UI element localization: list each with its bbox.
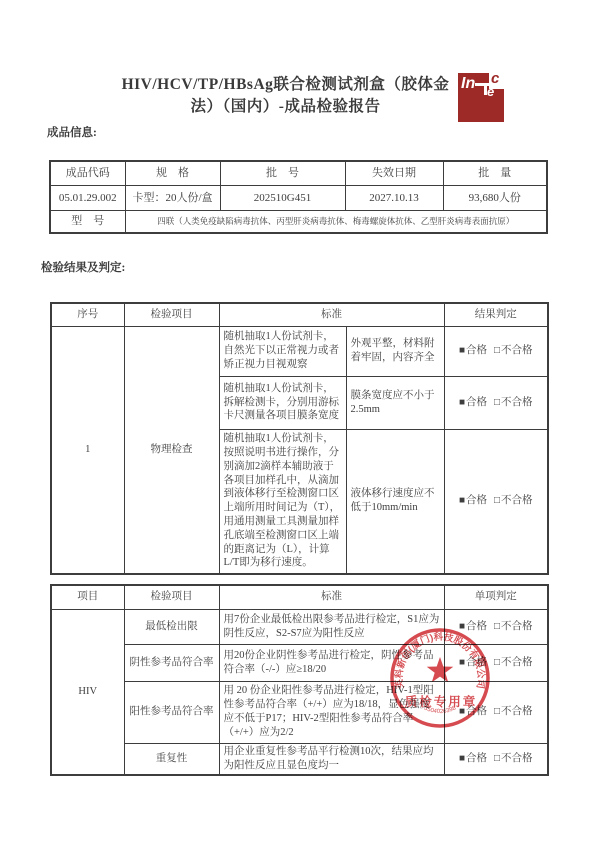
pass-label: 合格 xyxy=(466,753,487,764)
cell-method: 随机抽取1人份试剂卡，自然光下以正常视力或者矫正视力目视观察 xyxy=(219,326,346,376)
product-info-label: 成品信息: xyxy=(47,124,97,140)
cell-item: 重复性 xyxy=(124,743,219,775)
header-batch-no: 批 号 xyxy=(220,161,345,185)
cell-verdict: ■合格□不合格 xyxy=(444,429,548,574)
quality-inspection-stamp: 英科新创(厦门)科技股份有限公司 质检专用章 3504026398 xyxy=(385,623,495,733)
header-result: 结果判定 xyxy=(444,303,548,326)
hiv-header-row: 项目 检验项目 标准 单项判定 xyxy=(51,585,548,609)
fail-checkbox[interactable]: □ xyxy=(494,494,500,508)
pass-checkbox-checked[interactable]: ■ xyxy=(459,396,465,410)
cell-item: 最低检出限 xyxy=(124,609,219,644)
cell-project-hiv: HIV xyxy=(51,609,124,775)
fail-checkbox[interactable]: □ xyxy=(494,344,500,358)
intec-logo-text-in: In xyxy=(461,75,475,93)
cell-standard: 用企业重复性参考品平行检测10次，结果应均为阳性反应且显色度均一 xyxy=(219,743,444,775)
header-standard: 标准 xyxy=(219,585,444,609)
product-model-row: 型 号 四联（人类免疫缺陷病毒抗体、丙型肝炎病毒抗体、梅毒螺旋体抗体、乙型肝炎病… xyxy=(50,210,547,233)
stamp-star-icon xyxy=(427,657,454,682)
cell-verdict: ■合格□不合格 xyxy=(444,376,548,429)
pass-checkbox-checked[interactable]: ■ xyxy=(459,344,465,358)
cell-model-value: 四联（人类免疫缺陷病毒抗体、丙型肝炎病毒抗体、梅毒螺旋体抗体、乙型肝炎病毒表面抗… xyxy=(125,210,547,233)
cell-verdict: ■合格□不合格 xyxy=(444,743,548,775)
header-standard: 标准 xyxy=(219,303,444,326)
cell-item-physical: 物理检查 xyxy=(124,326,219,574)
cell-spec: 卡型：20人份/盒 xyxy=(125,185,220,210)
page-title-line2: 法）（国内）-成品检验报告 xyxy=(113,96,458,118)
physical-header-row: 序号 检验项目 标准 结果判定 xyxy=(51,303,548,326)
fail-checkbox[interactable]: □ xyxy=(494,752,500,766)
cell-method: 随机抽取1人份试剂卡，按照说明书进行操作，分别滴加2滴样本辅助液于各项目加样孔中… xyxy=(219,429,346,574)
header-product-code: 成品代码 xyxy=(50,161,125,185)
cell-item: 阳性参考品符合率 xyxy=(124,681,219,743)
pass-label: 合格 xyxy=(466,495,487,506)
intec-logo-text-c: c xyxy=(491,70,499,87)
fail-label: 不合格 xyxy=(501,397,533,408)
cell-item: 阴性参考品符合率 xyxy=(124,644,219,681)
cell-seq: 1 xyxy=(51,326,124,574)
cell-requirement: 液体移行速度应不低于10mm/min xyxy=(346,429,444,574)
intec-logo: In e c xyxy=(457,70,513,128)
cell-expiry-date: 2027.10.13 xyxy=(345,185,443,210)
header-seq: 序号 xyxy=(51,303,124,326)
page-title: HIV/HCV/TP/HBsAg联合检测试剂盒（胶体金 法）（国内）-成品检验报… xyxy=(113,74,458,117)
results-label: 检验结果及判定: xyxy=(41,259,125,275)
product-header-row: 成品代码 规 格 批 号 失效日期 批 量 xyxy=(50,161,547,185)
fail-label: 不合格 xyxy=(501,345,533,356)
header-spec: 规 格 xyxy=(125,161,220,185)
fail-label: 不合格 xyxy=(501,753,533,764)
product-value-row: 05.01.29.002 卡型：20人份/盒 202510G451 2027.1… xyxy=(50,185,547,210)
stamp-label-text: 质检专用章 xyxy=(405,694,478,709)
physical-row-appearance: 1 物理检查 随机抽取1人份试剂卡，自然光下以正常视力或者矫正视力目视观察 外观… xyxy=(51,326,548,376)
header-single-result: 单项判定 xyxy=(444,585,548,609)
fail-label: 不合格 xyxy=(501,706,533,717)
fail-label: 不合格 xyxy=(501,657,533,668)
cell-batch-no: 202510G451 xyxy=(220,185,345,210)
fail-checkbox[interactable]: □ xyxy=(494,396,500,410)
fail-label: 不合格 xyxy=(501,495,533,506)
report-page: HIV/HCV/TP/HBsAg联合检测试剂盒（胶体金 法）（国内）-成品检验报… xyxy=(0,0,595,842)
fail-label: 不合格 xyxy=(501,621,533,632)
cell-product-code: 05.01.29.002 xyxy=(50,185,125,210)
page-title-line1: HIV/HCV/TP/HBsAg联合检测试剂盒（胶体金 xyxy=(113,74,458,96)
header-project: 项目 xyxy=(51,585,124,609)
hiv-row-repeatability: 重复性 用企业重复性参考品平行检测10次，结果应均为阳性反应且显色度均一 ■合格… xyxy=(51,743,548,775)
product-info-table: 成品代码 规 格 批 号 失效日期 批 量 05.01.29.002 卡型：20… xyxy=(49,160,548,234)
pass-checkbox-checked[interactable]: ■ xyxy=(459,494,465,508)
pass-checkbox-checked[interactable]: ■ xyxy=(459,752,465,766)
physical-inspection-table: 序号 检验项目 标准 结果判定 1 物理检查 随机抽取1人份试剂卡，自然光下以正… xyxy=(50,302,549,575)
pass-label: 合格 xyxy=(466,345,487,356)
cell-method: 随机抽取1人份试剂卡，拆解检测卡，分别用游标卡尺测量各项目膜条宽度 xyxy=(219,376,346,429)
header-inspection-item: 检验项目 xyxy=(124,585,219,609)
pass-label: 合格 xyxy=(466,397,487,408)
cell-requirement: 外观平整，材料附着牢固，内容齐全 xyxy=(346,326,444,376)
cell-batch-qty: 93,680人份 xyxy=(443,185,547,210)
cell-requirement: 膜条宽度应不小于2.5mm xyxy=(346,376,444,429)
header-batch-qty: 批 量 xyxy=(443,161,547,185)
header-expiry-date: 失效日期 xyxy=(345,161,443,185)
header-inspection-item: 检验项目 xyxy=(124,303,219,326)
cell-model-label: 型 号 xyxy=(50,210,125,233)
cell-verdict: ■合格□不合格 xyxy=(444,326,548,376)
